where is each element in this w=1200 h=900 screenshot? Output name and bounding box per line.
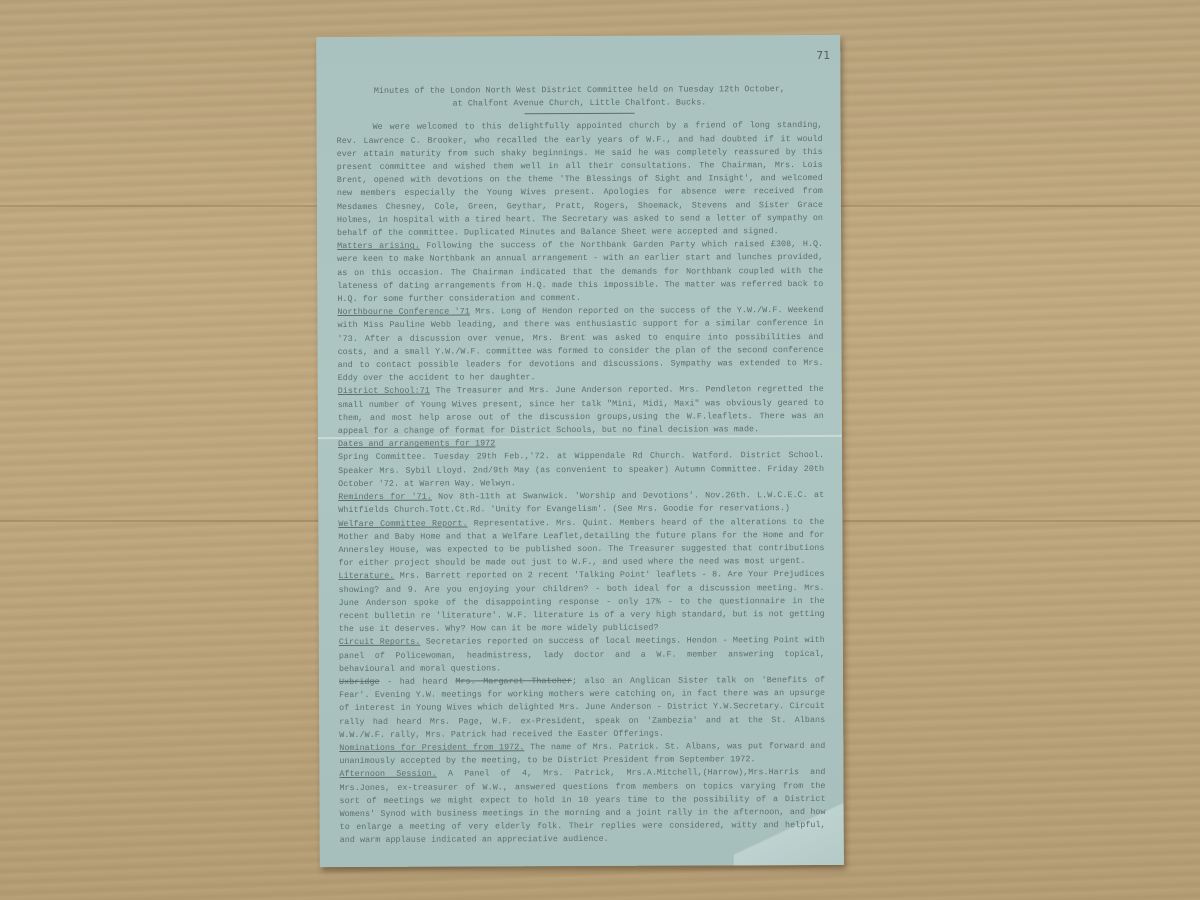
section-heading: Reminders for '71.: [338, 492, 432, 502]
section-northbourne-conference: Northbourne Conference '71 Mrs. Long of …: [337, 304, 823, 385]
section-heading: Literature.: [339, 571, 395, 581]
section-heading: Northbourne Conference '71: [337, 307, 470, 318]
section-dates-1972: Dates and arrangements for 1972Spring Co…: [338, 436, 824, 491]
section-heading: Nominations for President from 1972.: [339, 742, 524, 753]
paragraph-text: - had heard: [380, 676, 456, 686]
section-heading: Welfare Committee Report.: [338, 518, 467, 529]
document-title: Minutes of the London North West Distric…: [336, 83, 822, 112]
section-circuit-reports: Circuit Reports. Secretaries reported on…: [339, 634, 825, 676]
section-welfare-report: Welfare Committee Report. Representative…: [338, 515, 824, 570]
paragraph-text: Spring Committee. Tuesday 29th Feb.,'72.…: [338, 450, 824, 489]
typed-minutes-sheet: 71 Minutes of the London North West Dist…: [316, 35, 844, 867]
section-circuit-uxbridge: Uxbridge - had heard Mrs. Margaret Thatc…: [339, 674, 825, 742]
section-heading: District School:71: [338, 386, 430, 396]
section-reminders-71: Reminders for '71. Nov 8th-11th at Swanw…: [338, 489, 824, 518]
section-literature: Literature. Mrs. Barrett reported on 2 r…: [339, 568, 825, 636]
paragraph-welcome: We were welcomed to this delightfully ap…: [337, 119, 824, 240]
paragraph-text: Mrs. Barrett reported on 2 recent 'Talki…: [339, 569, 825, 634]
section-district-school: District School:71 The Treasurer and Mrs…: [338, 383, 824, 438]
title-line-2: at Chalfont Avenue Church, Little Chalfo…: [336, 96, 822, 111]
title-underline: [525, 113, 635, 114]
handwritten-year: 71: [816, 49, 830, 62]
section-afternoon-session: Afternoon Session. A Panel of 4, Mrs. Pa…: [339, 766, 825, 847]
section-heading: Dates and arrangements for 1972: [338, 439, 495, 450]
title-line-1: Minutes of the London North West Distric…: [336, 83, 822, 98]
section-heading: Matters arising.: [337, 241, 420, 251]
struck-text: Uxbridge: [339, 677, 380, 687]
section-nominations: Nominations for President from 1972. The…: [339, 740, 825, 769]
paragraph-text: We were welcomed to this delightfully ap…: [337, 120, 823, 238]
document-body: Minutes of the London North West Distric…: [336, 83, 825, 848]
section-heading: Afternoon Session.: [339, 769, 436, 779]
section-matters-arising: Matters arising. Following the success o…: [337, 238, 823, 306]
struck-text: Mrs. Margaret Thatcher: [455, 676, 572, 687]
section-heading: Circuit Reports.: [339, 637, 421, 647]
